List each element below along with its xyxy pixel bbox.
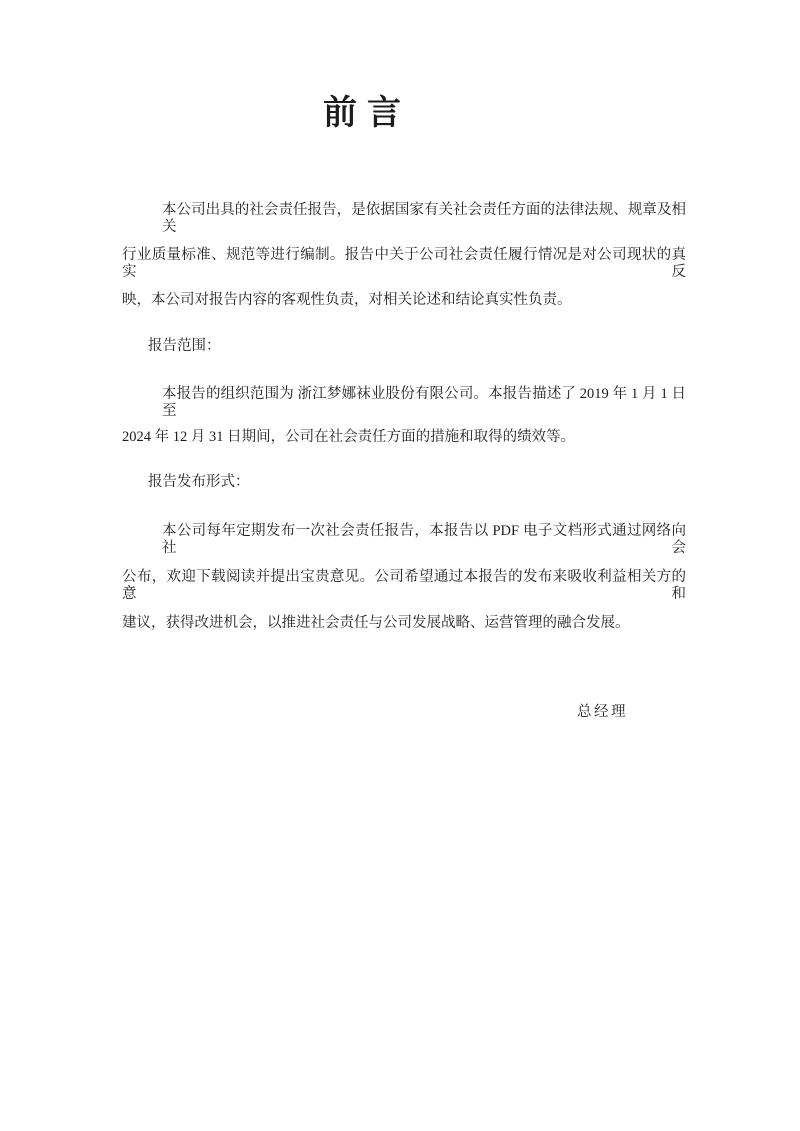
paragraph-line: 2024 年 12 月 31 日期间，公司在社会责任方面的措施和取得的绩效等。 — [122, 429, 686, 446]
paragraph-line: 本公司每年定期发布一次社会责任报告，本报告以 PDF 电子文档形式通过网络向社会 — [122, 523, 686, 556]
section-label-report-scope: 报告范围： — [122, 338, 686, 355]
paragraph-line: 映，本公司对报告内容的客观性负责，对相关论述和结论真实性负责。 — [122, 292, 686, 309]
paragraph-line: 建议，获得改进机会，以推进社会责任与公司发展战略、运营管理的融合发展。 — [122, 615, 686, 632]
document-page: 前言 本公司出具的社会责任报告，是依据国家有关社会责任方面的法律法规、规章及相关… — [0, 0, 800, 1131]
paragraph-line: 公布，欢迎下载阅读并提出宝贵意见。公司希望通过本报告的发布来吸收利益相关方的意和 — [122, 569, 686, 602]
paragraph-line: 本报告的组织范围为 浙江梦娜袜业股份有限公司。本报告描述了 2019 年 1 月… — [122, 386, 686, 419]
signature-general-manager: 总经理 — [577, 704, 628, 721]
paragraph-line: 行业质量标准、规范等进行编制。报告中关于公司社会责任履行情况是对公司现状的真实反 — [122, 247, 686, 280]
page-title: 前言 — [323, 95, 411, 132]
paragraph-line: 本公司出具的社会责任报告，是依据国家有关社会责任方面的法律法规、规章及相关 — [122, 202, 686, 235]
section-label-release-form: 报告发布形式： — [122, 474, 686, 491]
